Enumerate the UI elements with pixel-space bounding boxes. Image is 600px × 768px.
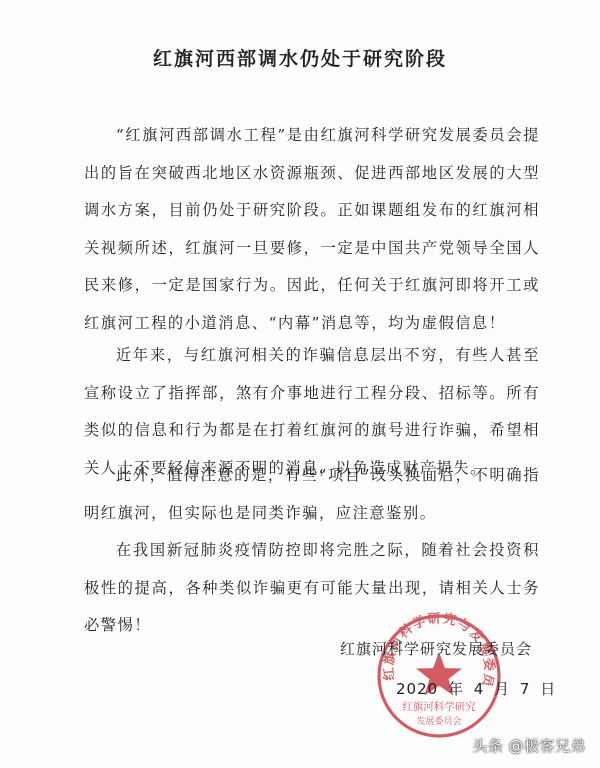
- date-day: 7: [520, 680, 531, 698]
- source-watermark: 头条 @极客兄弟: [472, 735, 586, 756]
- date-year-unit: 年: [448, 680, 464, 698]
- date-year: 2020: [396, 680, 438, 698]
- document-page: 红旗河西部调水仍处于研究阶段 “红旗河西部调水工程”是由红旗河科学研究发展委员会…: [0, 0, 600, 768]
- date-month-unit: 月: [494, 680, 510, 698]
- date-month: 4: [474, 680, 485, 698]
- official-seal-icon: 红旗河科学研究与发展委员会 红旗河科学研究 发展委员会: [375, 612, 503, 740]
- signature-organization: 红旗河科学研究发展委员会: [340, 638, 532, 659]
- paragraph-1: “红旗河西部调水工程”是由红旗河科学研究发展委员会提出的旨在突破西北地区水资源瓶…: [84, 117, 540, 342]
- seal-inner-text-2: 发展委员会: [416, 715, 461, 727]
- date-day-unit: 日: [540, 680, 556, 698]
- paragraph-3: 此外，值得注意的是，有些“项目”改头换面后，不明确指明红旗河，但实际也是同类诈骗…: [84, 457, 540, 532]
- seal-inner-text-1: 红旗河科学研究: [402, 700, 476, 713]
- signature-date: 2020 年 4 月 7 日: [396, 678, 560, 699]
- document-title: 红旗河西部调水仍处于研究阶段: [0, 44, 600, 71]
